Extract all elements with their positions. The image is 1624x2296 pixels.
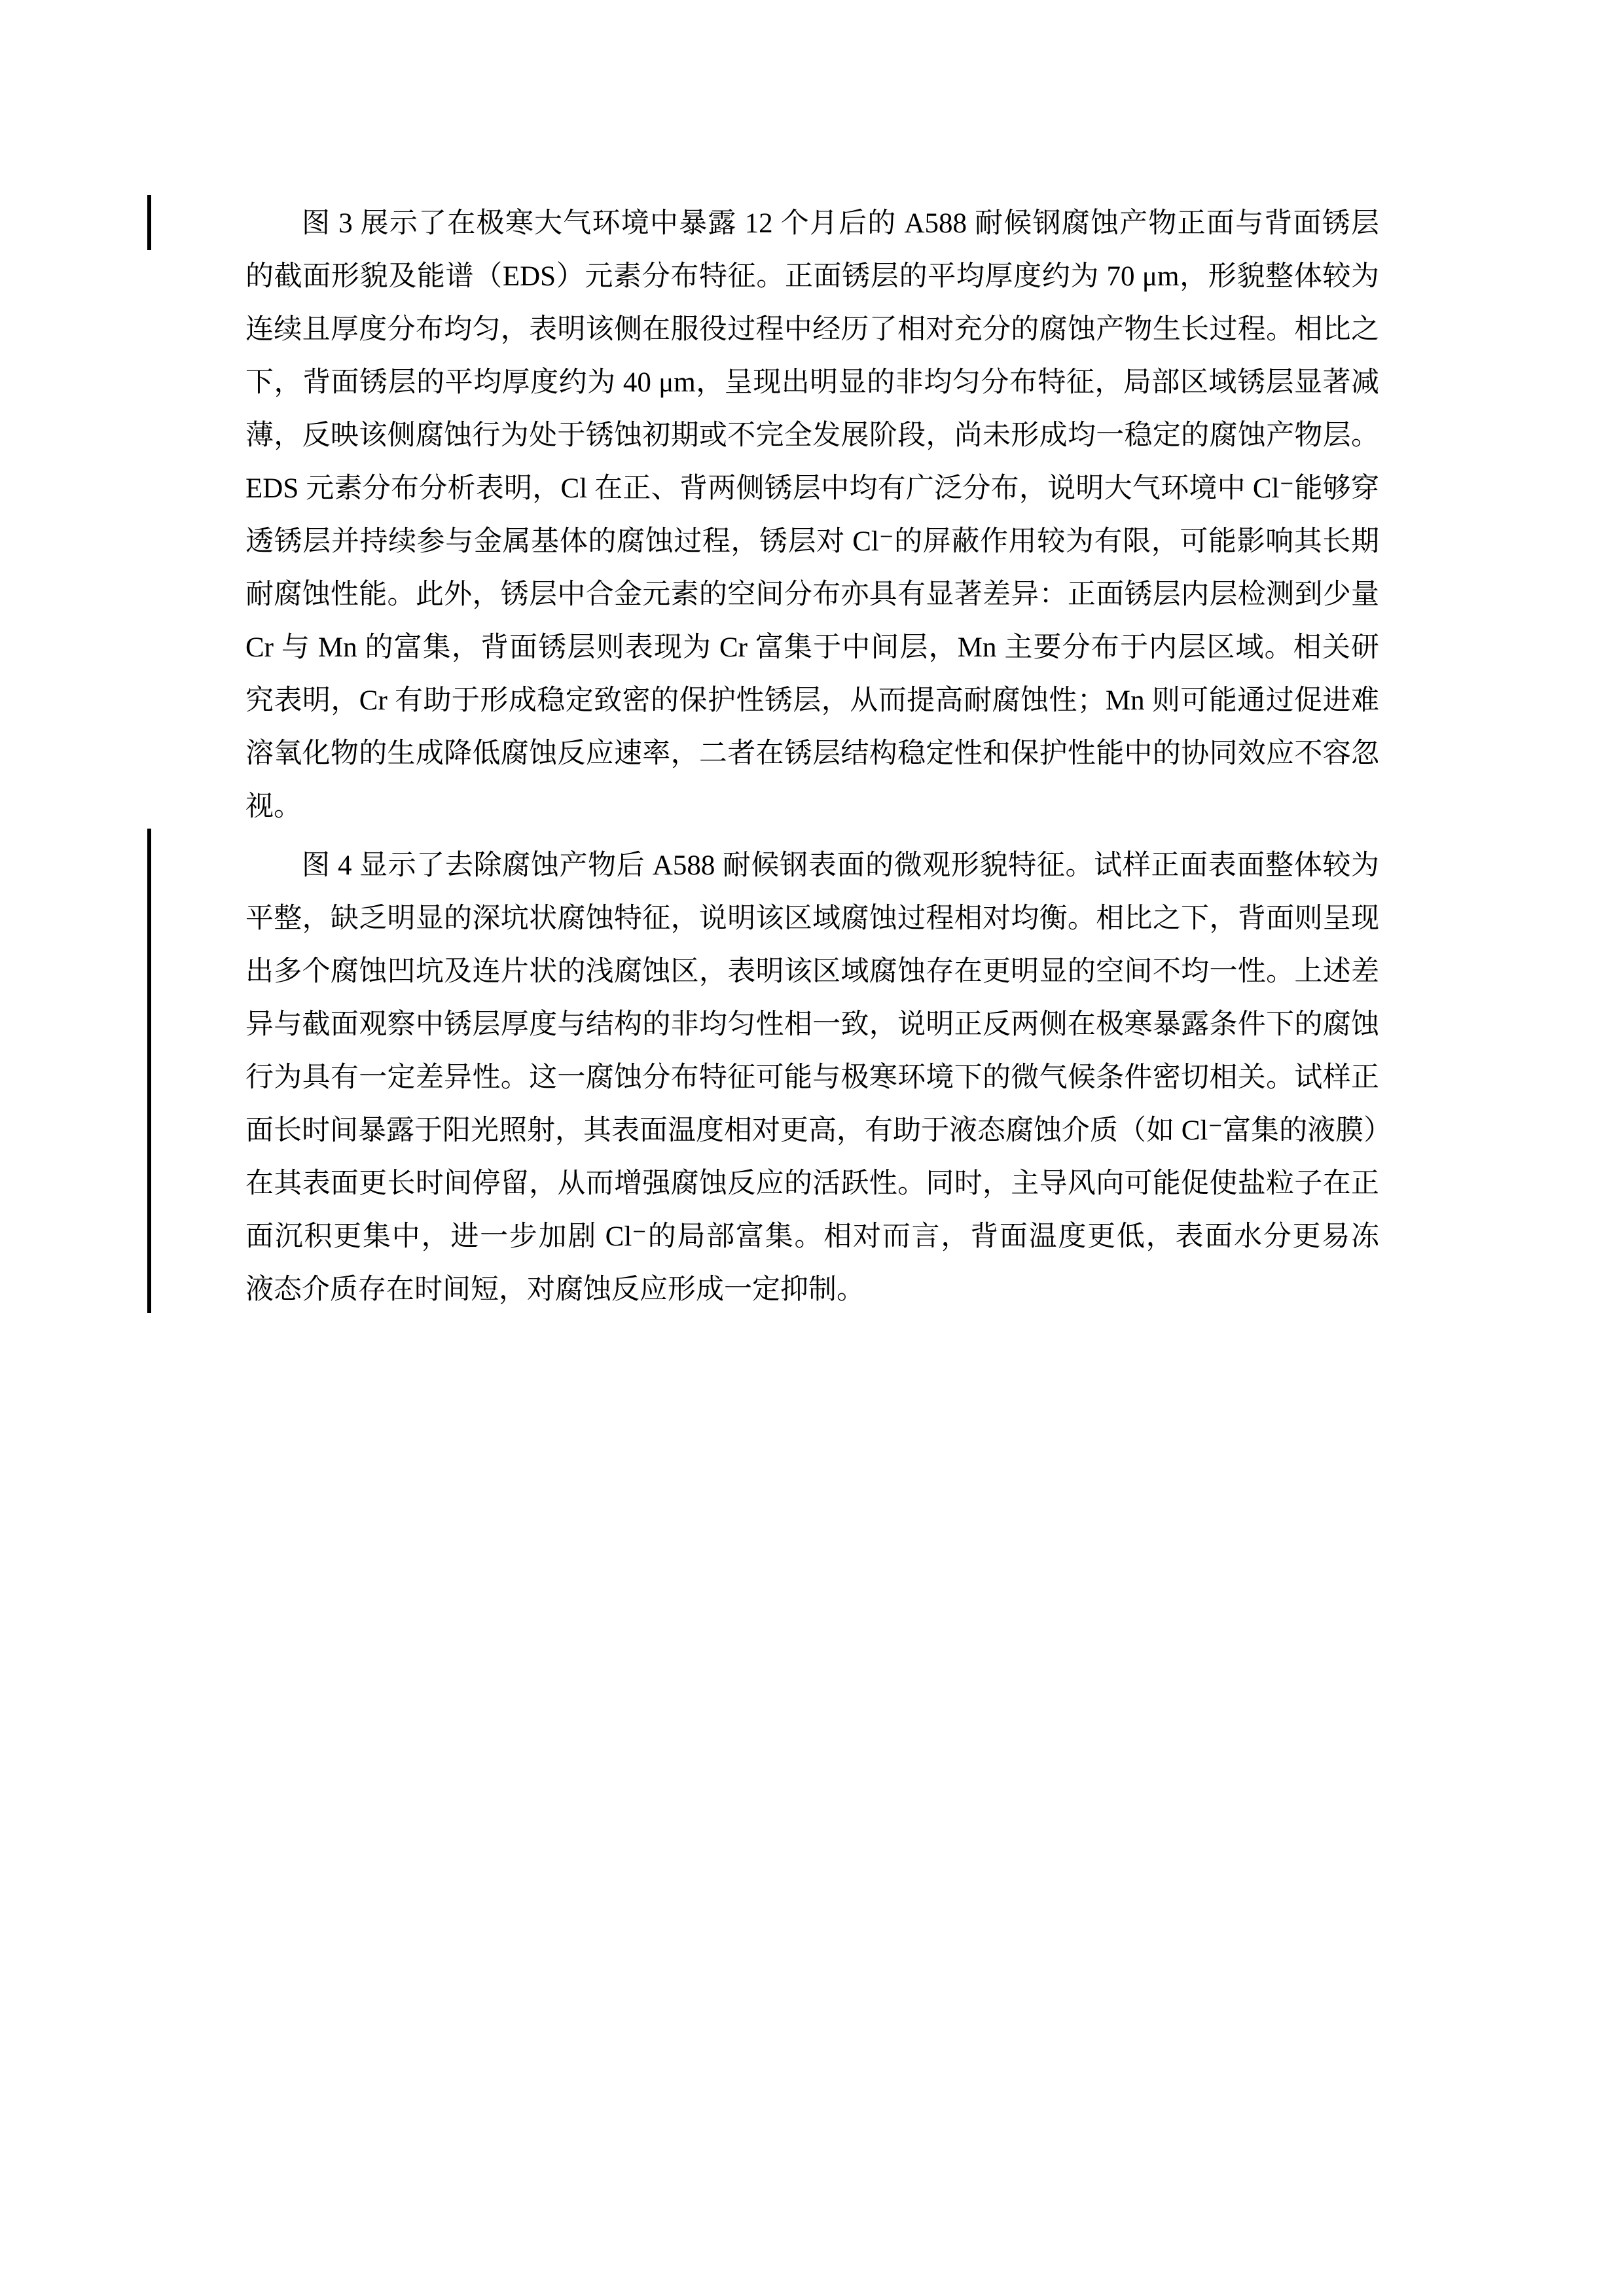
- text-line: 薄，反映该侧腐蚀行为处于锈蚀初期或不完全发展阶段，尚未形成均一稳定的腐蚀产物层。: [245, 409, 1379, 462]
- text-line: 图 3 展示了在极寒大气环境中暴露 12 个月后的 A588 耐候钢腐蚀产物正面…: [245, 197, 1379, 250]
- text-line: 异与截面观察中锈层厚度与结构的非均匀性相一致，说明正反两侧在极寒暴露条件下的腐蚀: [245, 998, 1379, 1051]
- text-line: EDS 元素分布分析表明，Cl 在正、背两侧锈层中均有广泛分布，说明大气环境中 …: [245, 462, 1379, 515]
- revision-bar-line-1: [147, 195, 151, 250]
- text-block: 图 3 展示了在极寒大气环境中暴露 12 个月后的 A588 耐候钢腐蚀产物正面…: [245, 197, 1379, 1316]
- text-line: 液态介质存在时间短，对腐蚀反应形成一定抑制。: [245, 1263, 1379, 1316]
- text-line: 面长时间暴露于阳光照射，其表面温度相对更高，有助于液态腐蚀介质（如 Cl⁻富集的…: [245, 1104, 1379, 1157]
- text-line: 平整，缺乏明显的深坑状腐蚀特征，说明该区域腐蚀过程相对均衡。相比之下，背面则呈现: [245, 892, 1379, 945]
- text-line: Cr 与 Mn 的富集，背面锈层则表现为 Cr 富集于中间层，Mn 主要分布于内…: [245, 621, 1379, 674]
- text-line: 的截面形貌及能谱（EDS）元素分布特征。正面锈层的平均厚度约为 70 μm，形貌…: [245, 250, 1379, 303]
- text-line: 出多个腐蚀凹坑及连片状的浅腐蚀区，表明该区域腐蚀存在更明显的空间不均一性。上述差: [245, 945, 1379, 998]
- text-line: 视。: [245, 780, 1379, 833]
- text-line: 面沉积更集中，进一步加剧 Cl⁻的局部富集。相对而言，背面温度更低，表面水分更易…: [245, 1210, 1379, 1263]
- text-line: 连续且厚度分布均匀，表明该侧在服役过程中经历了相对充分的腐蚀产物生长过程。相比之: [245, 303, 1379, 356]
- text-line: 透锈层并持续参与金属基体的腐蚀过程，锈层对 Cl⁻的屏蔽作用较为有限，可能影响其…: [245, 515, 1379, 568]
- text-line: 究表明，Cr 有助于形成稳定致密的保护性锈层，从而提高耐腐蚀性；Mn 则可能通过…: [245, 674, 1379, 727]
- text-line: 行为具有一定差异性。这一腐蚀分布特征可能与极寒环境下的微气候条件密切相关。试样正: [245, 1051, 1379, 1104]
- paragraph-1: 图 3 展示了在极寒大气环境中暴露 12 个月后的 A588 耐候钢腐蚀产物正面…: [245, 197, 1379, 833]
- text-line: 图 4 显示了去除腐蚀产物后 A588 耐候钢表面的微观形貌特征。试样正面表面整…: [245, 839, 1379, 892]
- paragraph-2: 图 4 显示了去除腐蚀产物后 A588 耐候钢表面的微观形貌特征。试样正面表面整…: [245, 839, 1379, 1316]
- text-line: 下，背面锈层的平均厚度约为 40 μm，呈现出明显的非均匀分布特征，局部区域锈层…: [245, 356, 1379, 409]
- revision-bar-paragraph-2: [147, 829, 151, 1313]
- document-page: 图 3 展示了在极寒大气环境中暴露 12 个月后的 A588 耐候钢腐蚀产物正面…: [0, 0, 1624, 2296]
- text-line: 在其表面更长时间停留，从而增强腐蚀反应的活跃性。同时，主导风向可能促使盐粒子在正: [245, 1157, 1379, 1210]
- text-line: 溶氧化物的生成降低腐蚀反应速率，二者在锈层结构稳定性和保护性能中的协同效应不容忽: [245, 727, 1379, 780]
- text-line: 耐腐蚀性能。此外，锈层中合金元素的空间分布亦具有显著差异：正面锈层内层检测到少量: [245, 568, 1379, 621]
